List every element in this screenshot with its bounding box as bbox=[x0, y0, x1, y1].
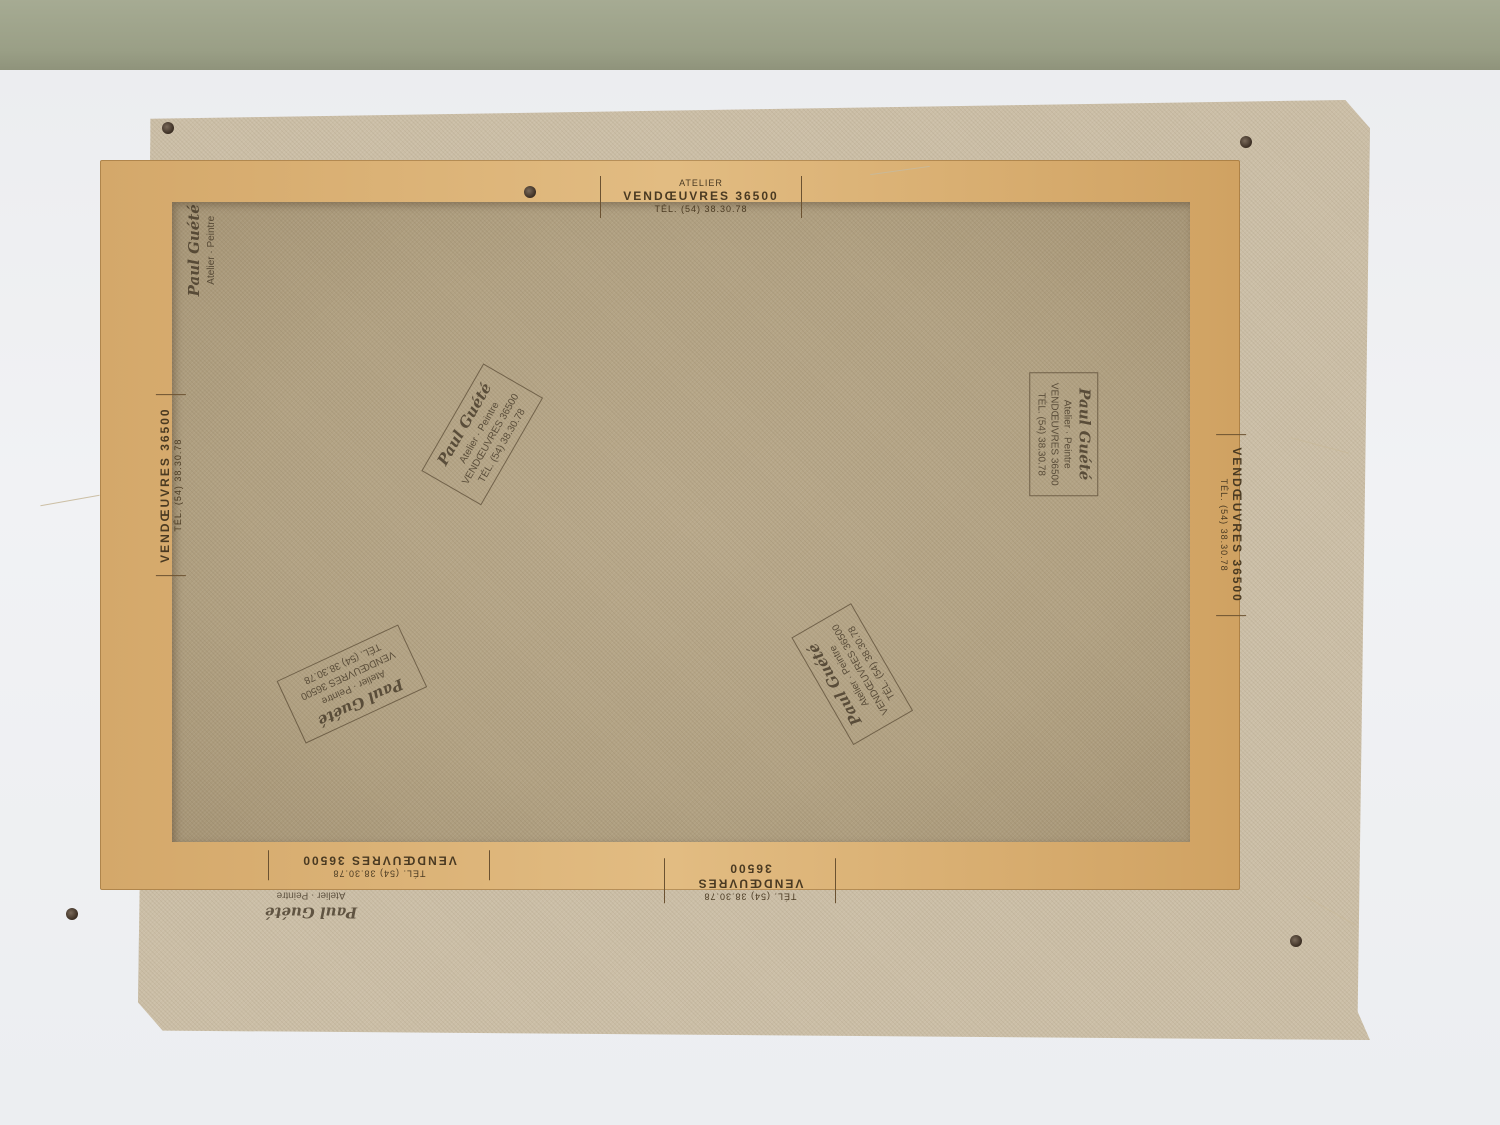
label-line: TÉL. (54) 38.30.78 bbox=[279, 867, 479, 878]
label-line: VENDŒUVRES 36500 bbox=[158, 405, 173, 565]
signature-text: Paul Guété bbox=[185, 195, 205, 305]
stamp-place: VENDŒUVRES 36500 bbox=[1048, 379, 1061, 489]
nail-icon bbox=[524, 186, 536, 198]
atelier-label-top: ATELIER VENDŒUVRES 36500 TÉL. (54) 38.30… bbox=[600, 176, 802, 218]
signature-text: Paul Guété bbox=[256, 902, 366, 922]
atelier-label-right: VENDŒUVRES 36500 TÉL. (54) 38.30.78 bbox=[1216, 434, 1246, 616]
signature-text: Paul Guété bbox=[1074, 379, 1094, 489]
nail-icon bbox=[1240, 136, 1252, 148]
stamp-subtitle: Atelier · Peintre bbox=[256, 889, 366, 902]
canvas-linen bbox=[172, 202, 1190, 842]
nail-icon bbox=[1290, 935, 1302, 947]
label-line: VENDŒUVRES 36500 bbox=[675, 860, 825, 890]
label-line: TÉL. (54) 38.30.78 bbox=[611, 204, 791, 215]
stamp-subtitle: Atelier · Peintre bbox=[204, 195, 217, 305]
label-line: VENDŒUVRES 36500 bbox=[279, 852, 479, 867]
atelier-label-bottom-left: TÉL. (54) 38.30.78 VENDŒUVRES 36500 bbox=[268, 850, 490, 880]
nail-icon bbox=[66, 908, 78, 920]
artist-stamp: Paul Guété Atelier · Peintre bbox=[250, 885, 372, 926]
stamp-subtitle: Atelier · Peintre bbox=[1061, 379, 1074, 489]
atelier-label-left: VENDŒUVRES 36500 TÉL. (54) 38.30.78 bbox=[156, 394, 186, 576]
label-line: TÉL. (54) 38.30.78 bbox=[173, 405, 184, 565]
label-line: TÉL. (54) 38.30.78 bbox=[1218, 445, 1229, 605]
stamp-phone: TÉL. (54) 38.30.78 bbox=[1035, 379, 1048, 489]
label-line: ATELIER bbox=[611, 178, 791, 189]
label-line: VENDŒUVRES 36500 bbox=[1229, 445, 1244, 605]
artist-stamp: Paul Guété Atelier · Peintre VENDŒUVRES … bbox=[1030, 372, 1099, 496]
label-line: TÉL. (54) 38.30.78 bbox=[675, 890, 825, 901]
signature-stamp: Paul Guété Atelier · Peintre bbox=[181, 189, 222, 311]
nail-icon bbox=[162, 122, 174, 134]
label-line: VENDŒUVRES 36500 bbox=[611, 189, 791, 204]
wall-background bbox=[0, 0, 1500, 72]
atelier-label-bottom: TÉL. (54) 38.30.78 VENDŒUVRES 36500 bbox=[664, 858, 836, 903]
